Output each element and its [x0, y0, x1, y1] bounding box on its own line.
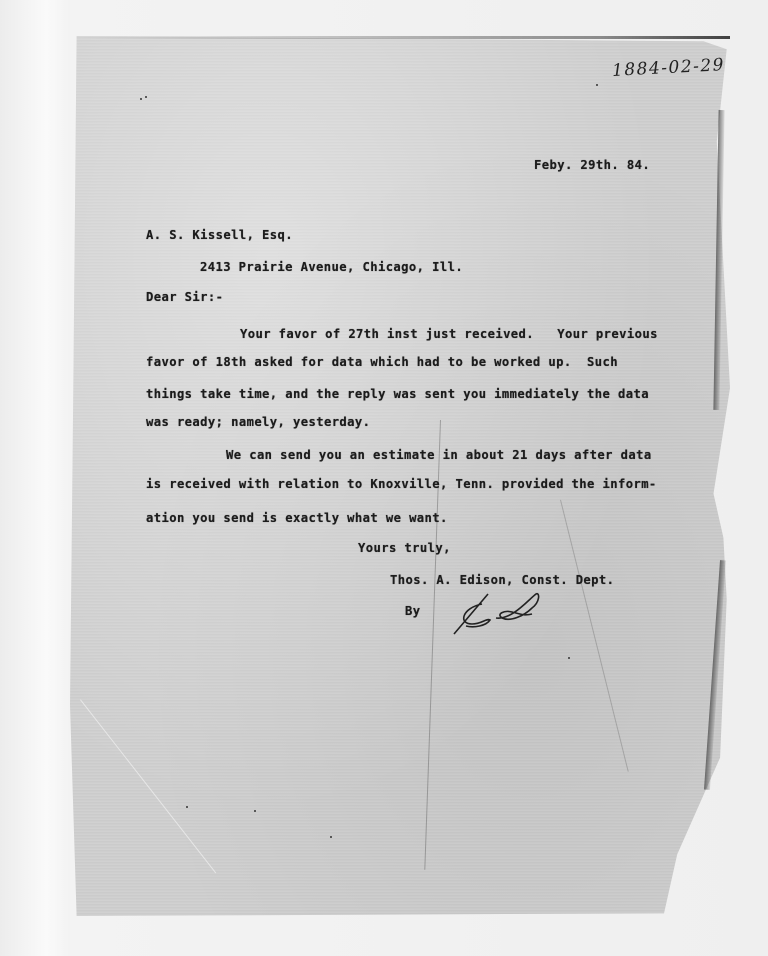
recipient-name: A. S. Kissell, Esq. [146, 228, 293, 242]
body-line: was ready; namely, yesterday. [146, 415, 370, 429]
ink-speck [254, 810, 256, 812]
body-line: favor of 18th asked for data which had t… [146, 355, 618, 369]
body-line: ation you send is exactly what we want. [146, 511, 448, 525]
paper-top-edge [80, 36, 730, 39]
ink-speck [186, 806, 188, 808]
letter-date: Feby. 29th. 84. [534, 158, 650, 172]
body-line: is received with relation to Knoxville, … [146, 477, 657, 491]
signatory: Thos. A. Edison, Const. Dept. [390, 573, 614, 587]
ink-speck [568, 657, 570, 659]
handwritten-signature [452, 590, 552, 640]
salutation: Dear Sir:- [146, 290, 223, 304]
body-line: Your favor of 27th inst just received. Y… [240, 327, 658, 341]
ink-speck [140, 98, 142, 100]
ink-speck [596, 84, 598, 86]
body-line: things take time, and the reply was sent… [146, 387, 649, 401]
recipient-address: 2413 Prairie Avenue, Chicago, Ill. [200, 260, 463, 274]
ink-speck [145, 96, 147, 98]
closing: Yours truly, [358, 541, 451, 555]
by-label: By [405, 604, 420, 618]
ink-speck [330, 836, 332, 838]
body-line: We can send you an estimate in about 21 … [226, 448, 652, 462]
